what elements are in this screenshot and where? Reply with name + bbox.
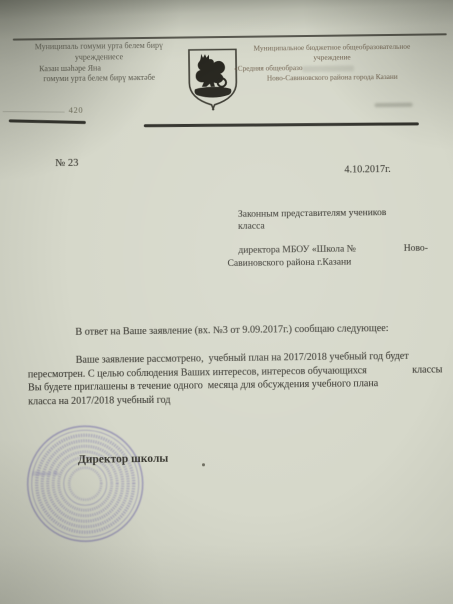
ink-dot xyxy=(202,463,205,466)
round-seal-stamp: Школа № xyxy=(22,421,148,547)
letterhead-top-rule xyxy=(13,33,447,40)
redacted-area xyxy=(375,103,413,107)
letterhead-right-block: Муниципальное бюджетное общеобразователь… xyxy=(232,41,432,83)
addressee-line: класса xyxy=(227,219,437,234)
letter-date: 4.10.2017г. xyxy=(344,164,390,176)
letterhead-divider-right xyxy=(144,122,419,127)
document-photo: Муниципаль гомуми урта белем бирү учрежд… xyxy=(0,0,453,604)
letter-page: Муниципаль гомуми урта белем бирү учрежд… xyxy=(0,0,453,604)
signature-title: Директор школы xyxy=(78,453,169,466)
letterhead-left-line: гомуми урта белем бирү мәктәбе xyxy=(19,73,179,86)
addressee-block: Законным представителям учеников класса … xyxy=(227,206,438,269)
stamp-center-text: Школа № xyxy=(32,470,92,478)
address-faint-line xyxy=(3,111,65,113)
addressee-line: Савиновского района г.Казани xyxy=(227,255,437,270)
letterhead-divider-left xyxy=(9,119,86,124)
letterhead-left-line: Муниципаль гомуми урта белем бирү xyxy=(19,41,179,54)
stamp-rings xyxy=(22,421,148,547)
address-fragment: 420 xyxy=(69,105,84,115)
addressee-line: директора МБОУ «Школа № Ново- xyxy=(227,243,437,258)
letterhead-left-block: Муниципаль гомуми урта белем бирү учрежд… xyxy=(19,41,180,86)
reference-number: № 23 xyxy=(55,158,78,169)
redacted-area xyxy=(302,65,354,72)
body-paragraph-1: В ответ на Ваше заявление (вх. №3 от 9.0… xyxy=(30,322,445,338)
body-paragraph-2: Ваше заявление рассмотрено, учебный план… xyxy=(28,349,449,409)
body-line: В ответ на Ваше заявление (вх. №3 от 9.0… xyxy=(30,322,445,338)
